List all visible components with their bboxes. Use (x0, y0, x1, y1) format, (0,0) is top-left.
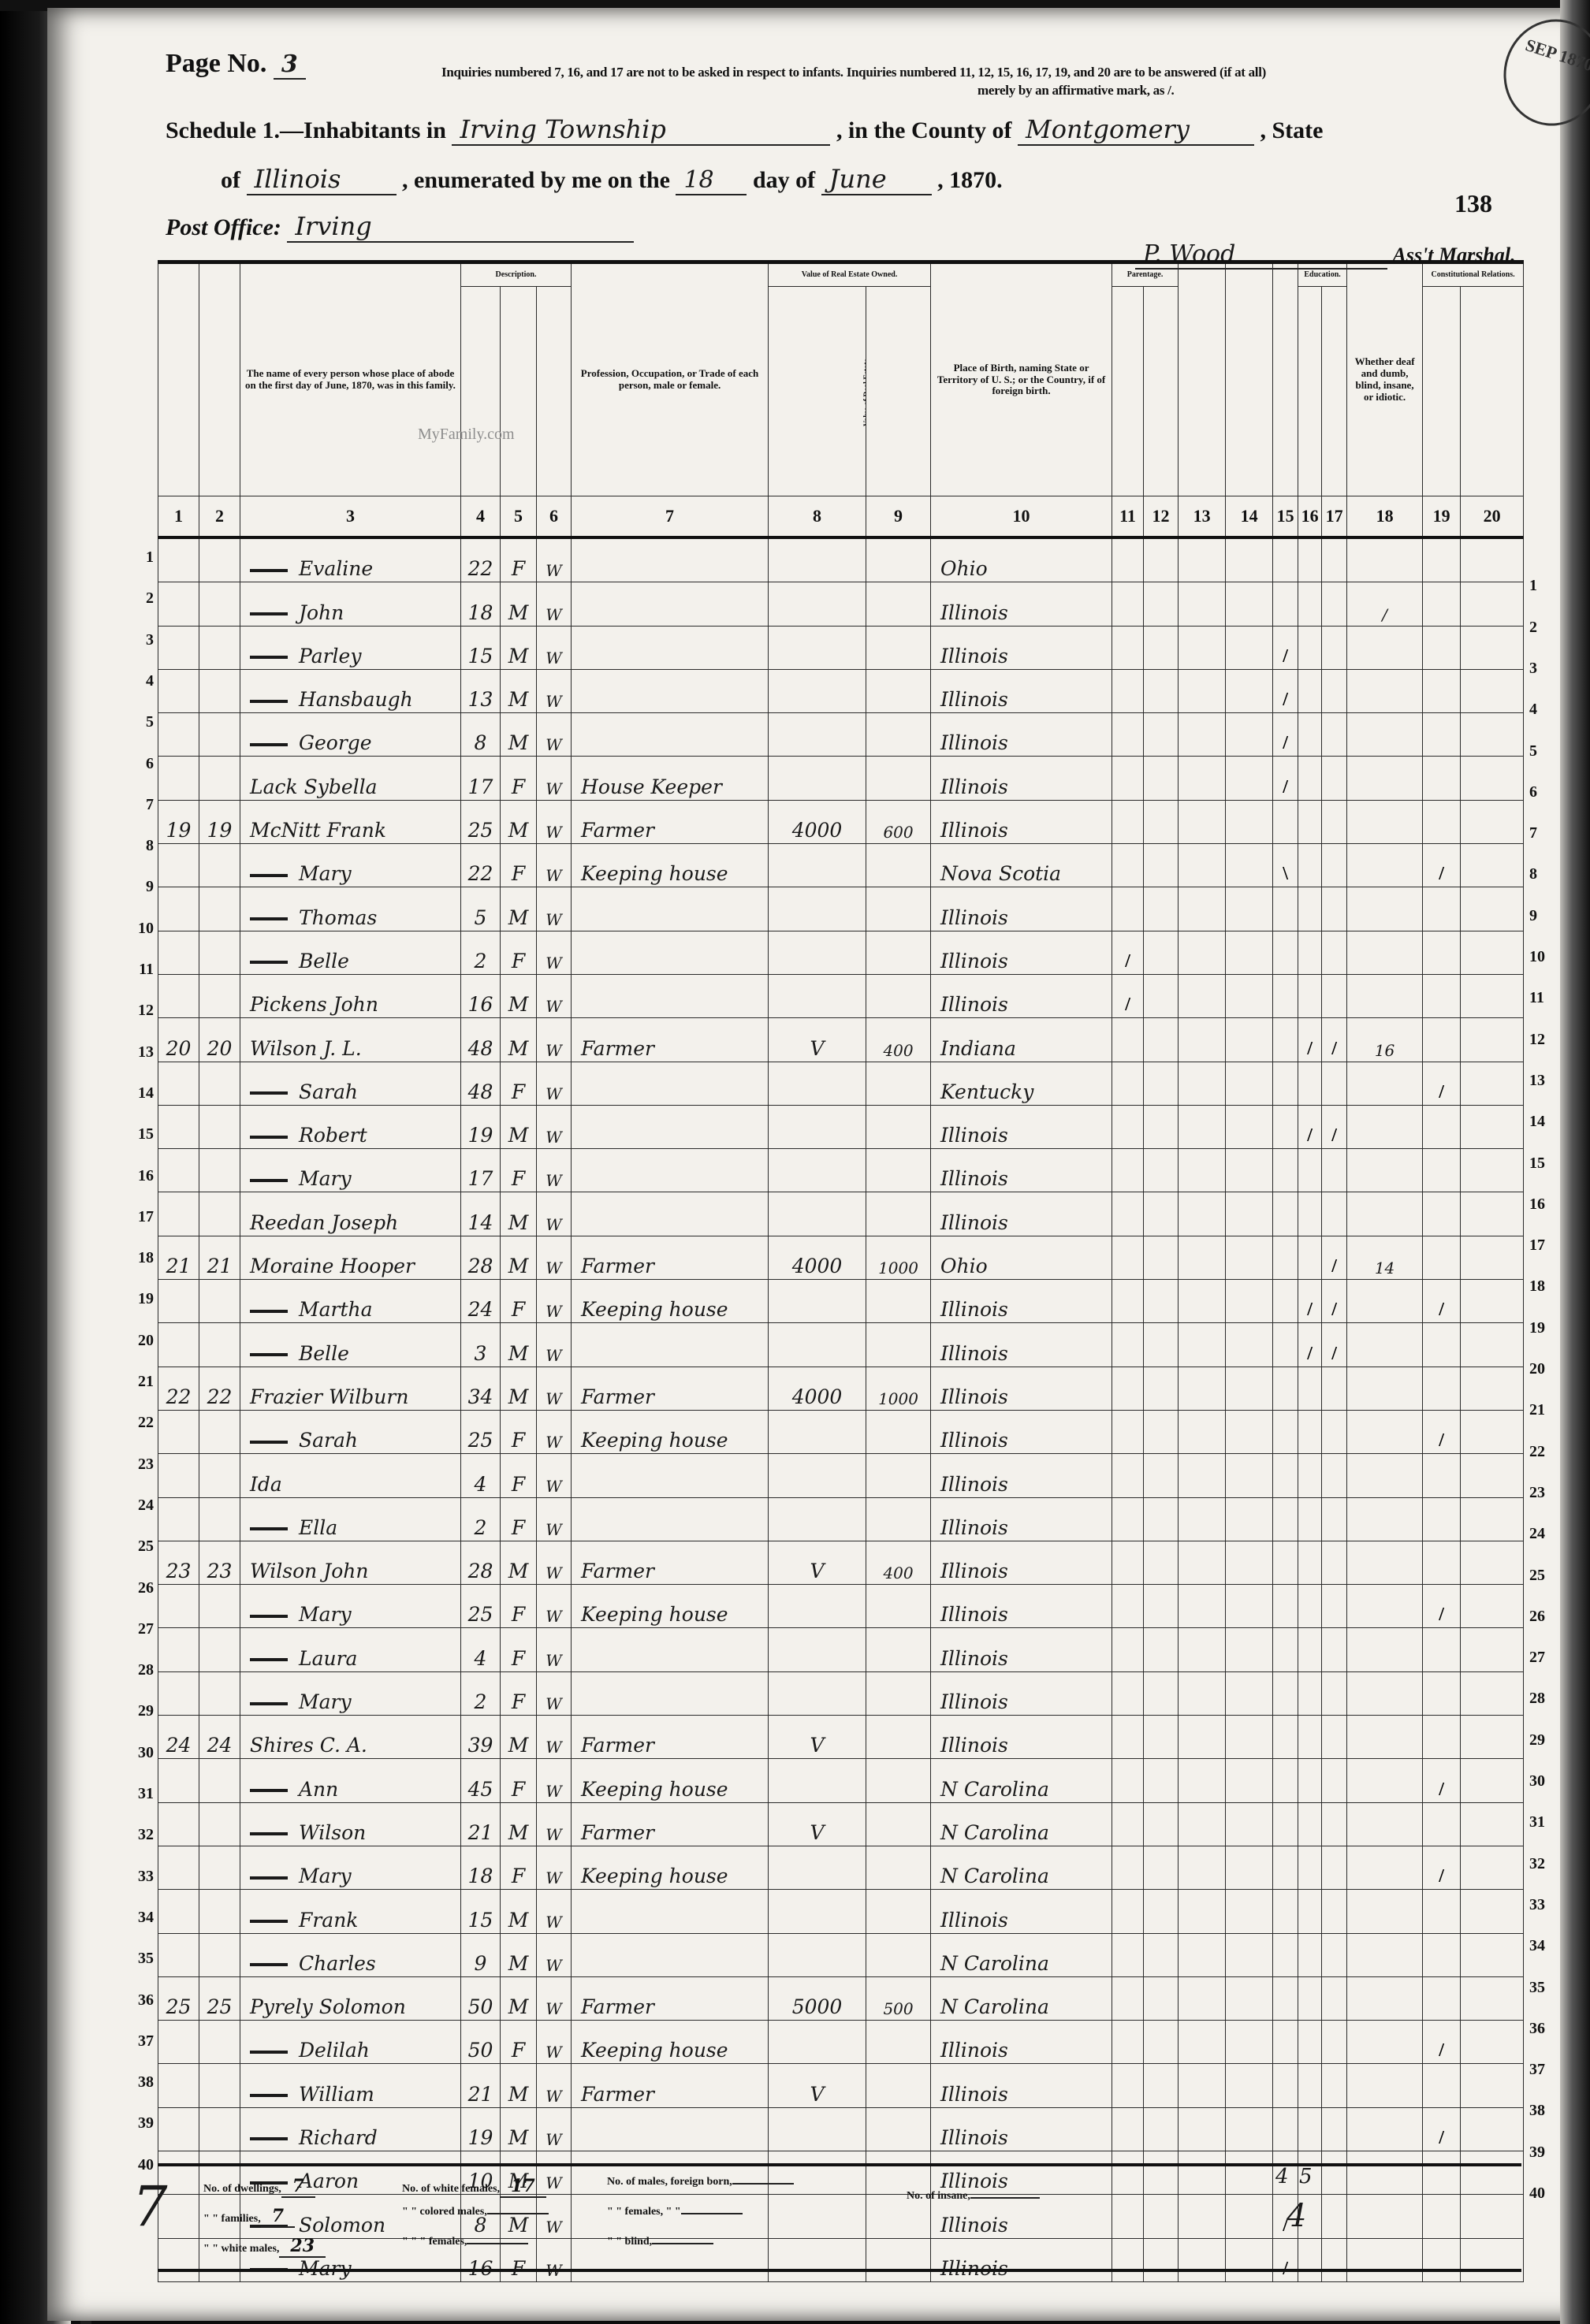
age: 14 (461, 1192, 501, 1236)
personal-estate-value (866, 1323, 931, 1367)
month-field: June (821, 164, 932, 195)
mother-foreign-mark (1144, 2021, 1179, 2064)
ditto-dash (250, 700, 288, 703)
father-foreign-mark (1112, 1802, 1144, 1846)
occupation (572, 1933, 769, 1976)
age: 16 (461, 974, 501, 1017)
row-number-left: 16 (122, 1167, 154, 1185)
sex: F (501, 1280, 537, 1323)
cannot-read-mark (1298, 974, 1322, 1017)
personal-estate-value (866, 1062, 931, 1105)
cannot-read-mark (1298, 1759, 1322, 1802)
dwelling-number (158, 931, 199, 974)
mother-foreign-mark (1144, 1149, 1179, 1192)
cannot-read-mark (1298, 1585, 1322, 1628)
family-number: 20 (199, 1018, 240, 1062)
vote-denied-mark (1461, 800, 1524, 843)
family-number (199, 669, 240, 712)
married-within-year (1226, 537, 1273, 582)
vote-denied-mark (1461, 974, 1524, 1017)
age: 24 (461, 1280, 501, 1323)
age: 2 (461, 1671, 501, 1715)
row-number-left: 25 (122, 1538, 154, 1556)
state-label: , State (1260, 117, 1323, 143)
family-number (199, 537, 240, 582)
birthplace: Illinois (931, 1890, 1112, 1933)
mother-foreign-mark (1144, 1802, 1179, 1846)
real-estate-value: 4000 (769, 1367, 866, 1410)
column-number: 7 (572, 496, 769, 538)
table-row: Lack Sybella17FWHouse KeeperIllinois/ (158, 757, 1524, 800)
vote-denied-mark (1461, 1062, 1524, 1105)
father-foreign-mark (1112, 626, 1144, 669)
cannot-read-mark (1298, 1890, 1322, 1933)
real-estate-value (769, 1323, 866, 1367)
occupation: Farmer (572, 1236, 769, 1279)
sex: F (501, 1149, 537, 1192)
cannot-read-mark (1298, 1716, 1322, 1759)
row-number-left: 7 (122, 796, 154, 814)
row-number-right: 35 (1529, 1979, 1561, 1997)
married-within-year (1226, 844, 1273, 887)
dwelling-number (158, 1628, 199, 1671)
person-name: Lack Sybella (240, 757, 461, 800)
color: W (537, 1062, 572, 1105)
father-foreign-mark (1112, 1585, 1144, 1628)
married-within-year (1226, 887, 1273, 931)
sex: M (501, 2064, 537, 2107)
ditto-dash (250, 874, 288, 877)
personal-estate-value: 400 (866, 1018, 931, 1062)
family-number (199, 1062, 240, 1105)
row-number-left: 8 (122, 837, 154, 855)
birthplace: Illinois (931, 626, 1112, 669)
cannot-write-mark (1322, 1716, 1347, 1759)
mother-foreign-mark (1144, 626, 1179, 669)
male-citizen-mark: / (1423, 1585, 1461, 1628)
attended-school-mark (1273, 2107, 1298, 2151)
sex: M (501, 887, 537, 931)
real-estate-value (769, 1149, 866, 1192)
dwelling-number: 20 (158, 1018, 199, 1062)
family-number (199, 626, 240, 669)
row-number-right: 17 (1529, 1236, 1561, 1255)
family-number (199, 974, 240, 1017)
disability-note (1347, 1716, 1423, 1759)
mother-foreign-mark (1144, 713, 1179, 757)
occupation (572, 1192, 769, 1236)
father-foreign-mark (1112, 757, 1144, 800)
row-number-right: 23 (1529, 1484, 1561, 1502)
read-tally: 5 (1299, 2165, 1313, 2188)
dwelling-number (158, 757, 199, 800)
row-number-right: 26 (1529, 1608, 1561, 1626)
color: W (537, 537, 572, 582)
ditto-dash (250, 961, 288, 964)
family-number (199, 1454, 240, 1497)
tally-below: 4 (1287, 2198, 1306, 2234)
male-citizen-mark (1423, 1802, 1461, 1846)
person-name: McNitt Frank (240, 800, 461, 843)
father-foreign-mark (1112, 1976, 1144, 2020)
born-within-year (1179, 931, 1226, 974)
disability-note (1347, 1105, 1423, 1148)
father-foreign-mark (1112, 1105, 1144, 1148)
born-within-year (1179, 1759, 1226, 1802)
married-within-year (1226, 1671, 1273, 1715)
father-foreign-mark (1112, 2064, 1144, 2107)
dwelling-number (158, 1454, 199, 1497)
column-number: 19 (1423, 496, 1461, 538)
watermark: MyFamily.com (418, 426, 515, 444)
foreign-males-count: No. of males, foreign born, (607, 2176, 794, 2188)
table-row: Martha24FWKeeping houseIllinois/// (158, 1280, 1524, 1323)
cannot-write-mark (1322, 1541, 1347, 1584)
person-name: Mary (240, 1149, 461, 1192)
table-row: Mary2FWIllinois (158, 1671, 1524, 1715)
personal-estate-value: 1000 (866, 1236, 931, 1279)
col-name-header: The name of every person whose place of … (240, 262, 461, 496)
row-number-right: 38 (1529, 2102, 1561, 2120)
male-citizen-mark: / (1423, 2021, 1461, 2064)
sex: F (501, 931, 537, 974)
vote-denied-mark (1461, 1976, 1524, 2020)
cannot-read-mark (1298, 844, 1322, 887)
row-number-left: 14 (122, 1084, 154, 1103)
person-name: Belle (240, 1323, 461, 1367)
occupation: Keeping house (572, 1410, 769, 1453)
cannot-read-mark (1298, 757, 1322, 800)
male-citizen-mark (1423, 1236, 1461, 1279)
birthplace: Illinois (931, 2064, 1112, 2107)
ditto-dash (250, 1702, 288, 1705)
vote-denied-mark (1461, 2107, 1524, 2151)
table-row: William21MWFarmerVIllinois (158, 2064, 1524, 2107)
color: W (537, 1367, 572, 1410)
male-citizen-mark (1423, 1976, 1461, 2020)
attended-school-mark (1273, 1671, 1298, 1715)
sex: F (501, 1454, 537, 1497)
sex: M (501, 974, 537, 1017)
birthplace: Illinois (931, 1280, 1112, 1323)
real-estate-value (769, 974, 866, 1017)
birthplace: Illinois (931, 1497, 1112, 1541)
description-group-header: Description. (461, 262, 572, 287)
color: W (537, 1280, 572, 1323)
row-number-left: 24 (122, 1497, 154, 1515)
col-cannot-write-header: Cannot write. (1322, 287, 1347, 496)
col-born-within-year-header: If born within the year, state month (Ja… (1179, 262, 1226, 496)
cannot-write-mark (1322, 1585, 1347, 1628)
father-foreign-mark (1112, 1062, 1144, 1105)
left-margin-mark: 7 (132, 2174, 168, 2239)
disability-note (1347, 1933, 1423, 1976)
male-citizen-mark (1423, 1149, 1461, 1192)
cannot-read-mark: / (1298, 1105, 1322, 1148)
county-label: , in the County of (836, 117, 1012, 143)
dwelling-number (158, 1585, 199, 1628)
cannot-write-mark (1322, 2064, 1347, 2107)
disability-note (1347, 2021, 1423, 2064)
dwelling-number (158, 1062, 199, 1105)
married-within-year (1226, 1236, 1273, 1279)
father-foreign-mark (1112, 1716, 1144, 1759)
birthplace: Ohio (931, 1236, 1112, 1279)
township-field: Irving Township (452, 114, 830, 146)
state-field: Illinois (247, 164, 397, 195)
cannot-write-mark (1322, 537, 1347, 582)
post-office-line: Post Office: Irving (166, 211, 634, 243)
sex: M (501, 1541, 537, 1584)
disability-note (1347, 1454, 1423, 1497)
male-citizen-mark (1423, 1890, 1461, 1933)
father-foreign-mark (1112, 2107, 1144, 2151)
male-citizen-mark (1423, 931, 1461, 974)
father-foreign-mark (1112, 1933, 1144, 1976)
color: W (537, 582, 572, 626)
table-row: 2424Shires C. A.39MWFarmerVIllinois (158, 1716, 1524, 1759)
dwelling-number (158, 582, 199, 626)
vote-denied-mark (1461, 1410, 1524, 1453)
attended-school-mark (1273, 1018, 1298, 1062)
birthplace: Illinois (931, 1454, 1112, 1497)
male-citizen-mark (1423, 1323, 1461, 1367)
dwelling-number: 22 (158, 1367, 199, 1410)
state-line: of Illinois , enumerated by me on the 18… (221, 164, 1003, 195)
column-number: 5 (501, 496, 537, 538)
row-number-left: 31 (122, 1785, 154, 1803)
married-within-year (1226, 1846, 1273, 1889)
disability-note (1347, 626, 1423, 669)
cannot-write-mark (1322, 626, 1347, 669)
occupation (572, 1890, 769, 1933)
attended-school-mark (1273, 1280, 1298, 1323)
age: 21 (461, 2064, 501, 2107)
real-estate-value (769, 582, 866, 626)
family-number: 25 (199, 1976, 240, 2020)
mother-foreign-mark (1144, 669, 1179, 712)
sex: M (501, 1716, 537, 1759)
father-foreign-mark (1112, 1367, 1144, 1410)
person-name: Sarah (240, 1410, 461, 1453)
table-row: 2020Wilson J. L.48MWFarmerV400Indiana//1… (158, 1018, 1524, 1062)
disability-note (1347, 1541, 1423, 1584)
real-estate-value (769, 537, 866, 582)
inquiry-note-cont: merely by an affirmative mark, as /. (977, 83, 1175, 99)
page-number: 3 (274, 50, 306, 80)
birthplace: Illinois (931, 1716, 1112, 1759)
age: 25 (461, 1585, 501, 1628)
row-number-right: 40 (1529, 2185, 1561, 2203)
birthplace: Illinois (931, 1105, 1112, 1148)
white-females-count: No. of white females,17 (402, 2176, 546, 2196)
male-citizen-mark (1423, 1497, 1461, 1541)
mother-foreign-mark (1144, 1933, 1179, 1976)
color: W (537, 1585, 572, 1628)
mother-foreign-mark (1144, 757, 1179, 800)
row-number-left: 32 (122, 1826, 154, 1844)
cannot-read-mark (1298, 1976, 1322, 2020)
personal-estate-value (866, 2064, 931, 2107)
born-within-year (1179, 1149, 1226, 1192)
col-sex-header: Sex.—Males (M.), Females (F.) (501, 287, 537, 496)
real-estate-value: V (769, 1018, 866, 1062)
dwelling-number (158, 2107, 199, 2151)
ditto-dash (250, 917, 288, 920)
family-number (199, 887, 240, 931)
attended-school-mark: / (1273, 713, 1298, 757)
real-estate-value (769, 887, 866, 931)
birthplace: Illinois (931, 1149, 1112, 1192)
table-row: Belle2FWIllinois/ (158, 931, 1524, 974)
age: 21 (461, 1802, 501, 1846)
attended-school-mark (1273, 1323, 1298, 1367)
age: 48 (461, 1062, 501, 1105)
column-number-row: 1234567891011121314151617181920 (158, 496, 1524, 538)
occupation (572, 887, 769, 931)
cannot-read-mark (1298, 1933, 1322, 1976)
father-foreign-mark (1112, 1280, 1144, 1323)
family-number (199, 1280, 240, 1323)
cannot-write-mark (1322, 1890, 1347, 1933)
person-name: Ella (240, 1497, 461, 1541)
real-estate-value: 5000 (769, 1976, 866, 2020)
real-estate-value: V (769, 2064, 866, 2107)
column-number: 14 (1226, 496, 1273, 538)
vote-denied-mark (1461, 1323, 1524, 1367)
cannot-read-mark (1298, 1367, 1322, 1410)
cannot-write-mark (1322, 1976, 1347, 2020)
born-within-year (1179, 1802, 1226, 1846)
ditto-dash (250, 1527, 288, 1530)
cannot-write-mark (1322, 1410, 1347, 1453)
row-number-right: 19 (1529, 1319, 1561, 1337)
row-number-left: 39 (122, 2114, 154, 2133)
color: W (537, 1628, 572, 1671)
enumerated-label: , enumerated by me on the (402, 167, 670, 193)
ditto-dash (250, 1353, 288, 1356)
attended-school-mark (1273, 1976, 1298, 2020)
born-within-year (1179, 1846, 1226, 1889)
mother-foreign-mark (1144, 537, 1179, 582)
personal-estate-value (866, 1716, 931, 1759)
birthplace: Illinois (931, 931, 1112, 974)
real-estate-value (769, 1628, 866, 1671)
mother-foreign-mark (1144, 1585, 1179, 1628)
born-within-year (1179, 582, 1226, 626)
disability-note (1347, 1323, 1423, 1367)
table-row: Richard19MWIllinois/ (158, 2107, 1524, 2151)
person-name: William (240, 2064, 461, 2107)
column-number: 10 (931, 496, 1112, 538)
male-citizen-mark: / (1423, 1410, 1461, 1453)
family-number (199, 1192, 240, 1236)
sex: M (501, 1105, 537, 1148)
disability-note (1347, 800, 1423, 843)
table-row: 1919McNitt Frank25MWFarmer4000600Illinoi… (158, 800, 1524, 843)
born-within-year (1179, 2064, 1226, 2107)
real-estate-value: V (769, 1802, 866, 1846)
personal-estate-value (866, 1280, 931, 1323)
father-foreign-mark (1112, 582, 1144, 626)
vote-denied-mark (1461, 1367, 1524, 1410)
person-name: Shires C. A. (240, 1716, 461, 1759)
family-number: 21 (199, 1236, 240, 1279)
father-foreign-mark (1112, 1454, 1144, 1497)
mother-foreign-mark (1144, 1716, 1179, 1759)
sex: F (501, 1062, 537, 1105)
disability-note (1347, 1628, 1423, 1671)
row-number-left: 15 (122, 1125, 154, 1143)
personal-estate-value: 500 (866, 1976, 931, 2020)
mother-foreign-mark (1144, 1280, 1179, 1323)
ditto-dash (250, 1310, 288, 1313)
born-within-year (1179, 1933, 1226, 1976)
mother-foreign-mark (1144, 1062, 1179, 1105)
ditto-dash (250, 743, 288, 746)
row-number-left: 20 (122, 1332, 154, 1350)
age: 19 (461, 2107, 501, 2151)
row-number-left: 26 (122, 1579, 154, 1597)
birthplace: N Carolina (931, 1846, 1112, 1889)
vote-denied-mark (1461, 1541, 1524, 1584)
col-occupation-header: Profession, Occupation, or Trade of each… (572, 262, 769, 496)
real-estate-value: V (769, 1541, 866, 1584)
ditto-dash (250, 2051, 288, 2054)
cannot-read-mark (1298, 1671, 1322, 1715)
row-number-right: 29 (1529, 1731, 1561, 1750)
col-color-header: Color.—White (W.), Black (B.), Mulatto (… (537, 287, 572, 496)
table-row: Hansbaugh13MWIllinois/ (158, 669, 1524, 712)
row-number-right: 34 (1529, 1937, 1561, 1955)
mother-foreign-mark (1144, 1410, 1179, 1453)
dwelling-number: 23 (158, 1541, 199, 1584)
personal-estate-value (866, 931, 931, 974)
male-citizen-mark (1423, 1192, 1461, 1236)
attended-school-mark (1273, 1367, 1298, 1410)
vote-denied-mark (1461, 1802, 1524, 1846)
mother-foreign-mark (1144, 974, 1179, 1017)
row-number-right: 8 (1529, 865, 1561, 883)
age: 50 (461, 2021, 501, 2064)
ditto-dash (250, 1179, 288, 1182)
personal-estate-value (866, 1105, 931, 1148)
born-within-year (1179, 2021, 1226, 2064)
disability-note (1347, 1846, 1423, 1889)
born-within-year (1179, 800, 1226, 843)
cannot-read-mark (1298, 931, 1322, 974)
age: 25 (461, 1410, 501, 1453)
col-personal-estate-header: Value of Personal Estate. (866, 287, 931, 496)
person-name: Thomas (240, 887, 461, 931)
born-within-year (1179, 844, 1226, 887)
married-within-year (1226, 800, 1273, 843)
table-row: 2121Moraine Hooper28MWFarmer40001000Ohio… (158, 1236, 1524, 1279)
dwelling-number (158, 2021, 199, 2064)
sex: M (501, 582, 537, 626)
birthplace: Illinois (931, 1628, 1112, 1671)
cannot-read-mark (1298, 582, 1322, 626)
ditto-dash (250, 612, 288, 615)
row-number-right: 9 (1529, 907, 1561, 925)
personal-estate-value (866, 1628, 931, 1671)
color: W (537, 1671, 572, 1715)
inquiry-note: Inquiries numbered 7, 16, and 17 are not… (441, 65, 1266, 80)
vote-denied-mark (1461, 1846, 1524, 1889)
age: 17 (461, 757, 501, 800)
birthplace: Illinois (931, 2107, 1112, 2151)
father-foreign-mark (1112, 713, 1144, 757)
